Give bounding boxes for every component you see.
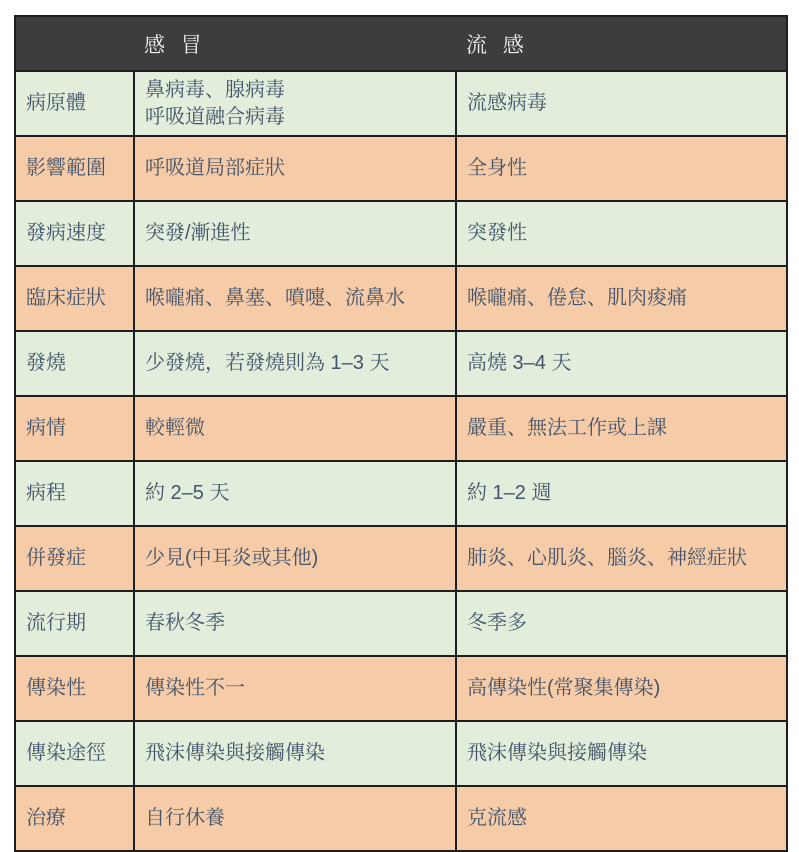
table-body: 病原體鼻病毒、腺病毒 呼吸道融合病毒流感病毒影響範圍呼吸道局部症狀全身性發病速度… <box>15 71 787 851</box>
table-row: 發病速度突發/漸進性突發性 <box>15 201 787 266</box>
row-label: 傳染性 <box>15 656 134 721</box>
table-row: 流行期春秋冬季冬季多 <box>15 591 787 656</box>
cold-value-cell: 鼻病毒、腺病毒 呼吸道融合病毒 <box>134 71 456 136</box>
cold-value-cell: 喉嚨痛、鼻塞、噴嚏、流鼻水 <box>134 266 456 331</box>
flu-value-cell: 肺炎、心肌炎、腦炎、神經症狀 <box>456 526 787 591</box>
flu-value-cell: 突發性 <box>456 201 787 266</box>
table-row: 臨床症狀喉嚨痛、鼻塞、噴嚏、流鼻水喉嚨痛、倦怠、肌肉痠痛 <box>15 266 787 331</box>
cold-vs-flu-comparison-table: 感冒 流感 病原體鼻病毒、腺病毒 呼吸道融合病毒流感病毒影響範圍呼吸道局部症狀全… <box>14 15 788 852</box>
row-label: 流行期 <box>15 591 134 656</box>
table-row: 影響範圍呼吸道局部症狀全身性 <box>15 136 787 201</box>
table-row: 併發症少見(中耳炎或其他)肺炎、心肌炎、腦炎、神經症狀 <box>15 526 787 591</box>
cold-value-cell: 飛沫傳染與接觸傳染 <box>134 721 456 786</box>
table-row: 傳染性傳染性不一高傳染性(常聚集傳染) <box>15 656 787 721</box>
row-label: 臨床症狀 <box>15 266 134 331</box>
row-label: 發病速度 <box>15 201 134 266</box>
flu-value-cell: 全身性 <box>456 136 787 201</box>
header-blank-cell <box>15 16 134 71</box>
table-row: 病程約 2–5 天約 1–2 週 <box>15 461 787 526</box>
flu-value-cell: 流感病毒 <box>456 71 787 136</box>
flu-value-cell: 冬季多 <box>456 591 787 656</box>
row-label: 病原體 <box>15 71 134 136</box>
flu-value-cell: 高傳染性(常聚集傳染) <box>456 656 787 721</box>
table-row: 病原體鼻病毒、腺病毒 呼吸道融合病毒流感病毒 <box>15 71 787 136</box>
cold-value-cell: 約 2–5 天 <box>134 461 456 526</box>
row-label: 發燒 <box>15 331 134 396</box>
row-label: 併發症 <box>15 526 134 591</box>
header-row: 感冒 流感 <box>15 16 787 71</box>
cold-value-cell: 春秋冬季 <box>134 591 456 656</box>
cold-value-cell: 傳染性不一 <box>134 656 456 721</box>
flu-value-cell: 克流感 <box>456 786 787 851</box>
header-flu-label: 流感 <box>456 16 787 71</box>
table-row: 傳染途徑飛沫傳染與接觸傳染飛沫傳染與接觸傳染 <box>15 721 787 786</box>
cold-value-cell: 少發燒，若發燒則為 1–3 天 <box>134 331 456 396</box>
cold-value-cell: 較輕微 <box>134 396 456 461</box>
table-row: 治療自行休養克流感 <box>15 786 787 851</box>
table-row: 發燒少發燒，若發燒則為 1–3 天高燒 3–4 天 <box>15 331 787 396</box>
flu-value-cell: 飛沫傳染與接觸傳染 <box>456 721 787 786</box>
flu-value-cell: 高燒 3–4 天 <box>456 331 787 396</box>
flu-value-cell: 喉嚨痛、倦怠、肌肉痠痛 <box>456 266 787 331</box>
flu-value-cell: 約 1–2 週 <box>456 461 787 526</box>
row-label: 傳染途徑 <box>15 721 134 786</box>
cold-value-cell: 呼吸道局部症狀 <box>134 136 456 201</box>
flu-value-cell: 嚴重、無法工作或上課 <box>456 396 787 461</box>
cold-value-cell: 少見(中耳炎或其他) <box>134 526 456 591</box>
table-row: 病情較輕微嚴重、無法工作或上課 <box>15 396 787 461</box>
header-cold-label: 感冒 <box>134 16 456 71</box>
cold-value-cell: 突發/漸進性 <box>134 201 456 266</box>
row-label: 病情 <box>15 396 134 461</box>
cold-value-cell: 自行休養 <box>134 786 456 851</box>
row-label: 影響範圍 <box>15 136 134 201</box>
row-label: 病程 <box>15 461 134 526</box>
row-label: 治療 <box>15 786 134 851</box>
